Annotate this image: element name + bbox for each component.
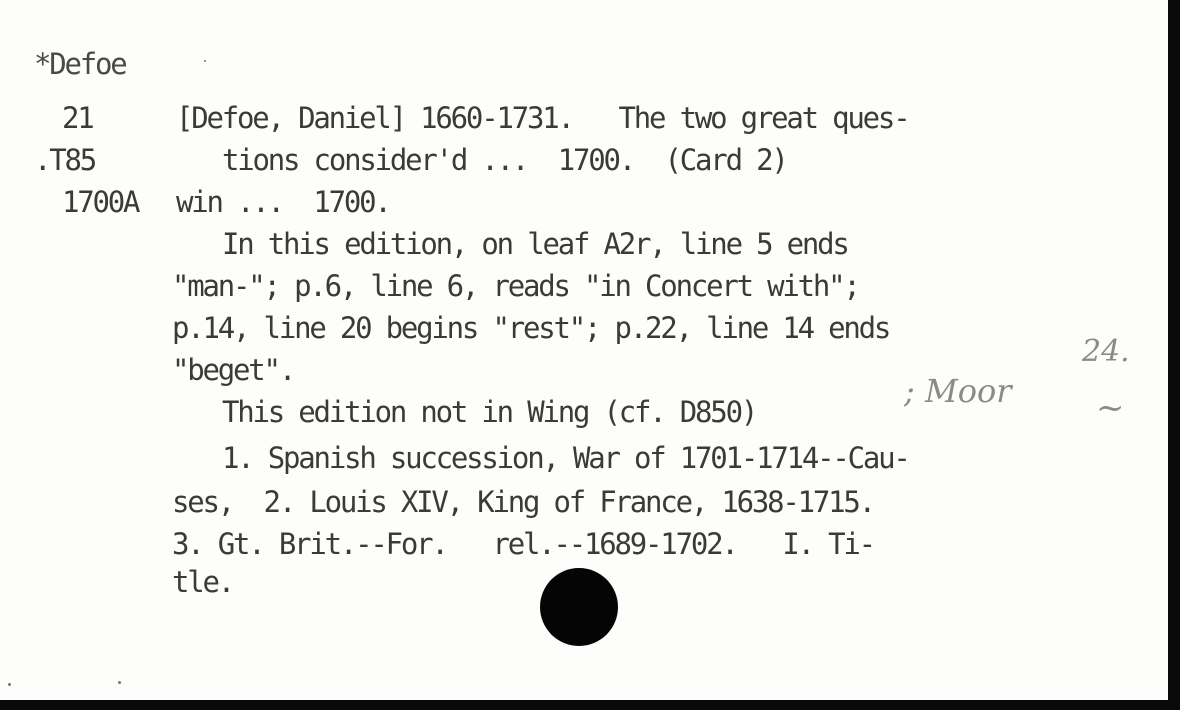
handwritten-tilde: ~ xyxy=(1096,388,1125,428)
speck xyxy=(8,683,11,686)
card-punch-hole xyxy=(540,568,618,646)
speck xyxy=(204,60,206,62)
tracing-line-4: tle. xyxy=(172,568,233,597)
tracing-line-2: ses, 2. Louis XIV, King of France, 1638-… xyxy=(172,488,874,517)
heading-line-2: tions consider'd ... 1700. (Card 2) xyxy=(222,146,787,175)
note-line-1: In this edition, on leaf A2r, line 5 end… xyxy=(222,230,848,259)
note-line-4: "beget". xyxy=(172,356,294,385)
call-number-line-3: .T85 xyxy=(34,146,95,175)
note-line-3: p.14, line 20 begins "rest"; p.22, line … xyxy=(172,314,889,343)
call-number-line-2: 21 xyxy=(62,104,93,133)
note-line-2: "man-"; p.6, line 6, reads "in Concert w… xyxy=(172,272,859,301)
speck xyxy=(118,681,121,684)
call-number-line-1: *Defoe xyxy=(34,50,126,79)
heading-line-1: [Defoe, Daniel] 1660-1731. The two great… xyxy=(176,104,908,133)
tracing-line-3: 3. Gt. Brit.--For. rel.--1689-1702. I. T… xyxy=(172,530,874,559)
call-number-line-4: 1700A xyxy=(62,188,138,217)
tracing-line-1: 1. Spanish succession, War of 1701-1714-… xyxy=(222,444,909,473)
note-line-5: This edition not in Wing (cf. D850) xyxy=(222,398,756,427)
catalog-card: *Defoe 21 .T85 1700A [Defoe, Daniel] 166… xyxy=(0,0,1168,700)
heading-line-3: win ... 1700. xyxy=(176,188,390,217)
handwritten-number: 24. xyxy=(1082,334,1130,369)
handwritten-annotation: ; Moor xyxy=(904,372,1012,410)
